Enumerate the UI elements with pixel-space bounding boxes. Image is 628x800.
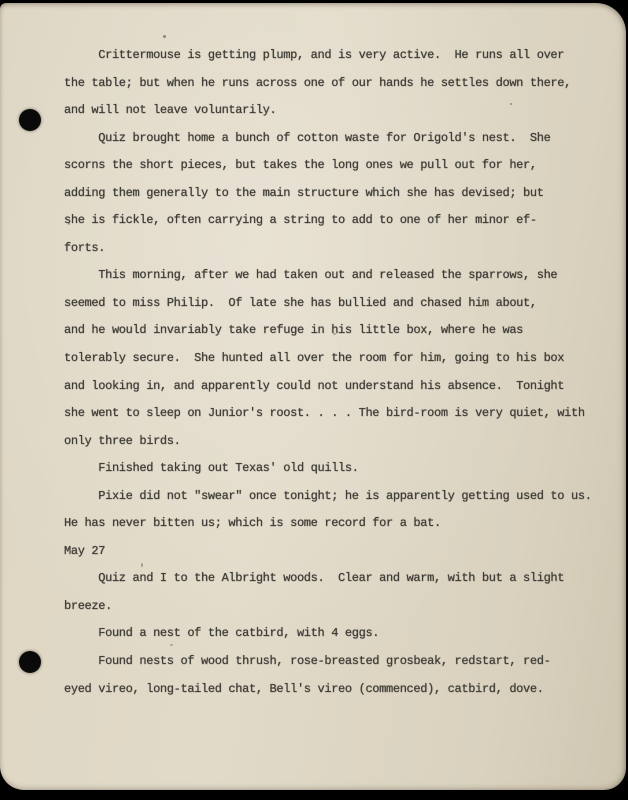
text-line: Pixie did not "swear" once tonight; he i…	[64, 483, 592, 511]
text-line: eyed vireo, long-tailed chat, Bell's vir…	[64, 676, 592, 704]
text-line: adding them generally to the main struct…	[64, 180, 592, 208]
text-line: Crittermouse is getting plump, and is ve…	[64, 42, 592, 70]
text-line: Found a nest of the catbird, with 4 eggs…	[64, 620, 592, 648]
text-line: and will not leave voluntarily.	[64, 97, 592, 125]
text-line: the table; but when he runs across one o…	[64, 70, 592, 98]
hole-punch-bottom-icon	[19, 651, 41, 673]
text-line: Quiz brought home a bunch of cotton wast…	[64, 125, 592, 153]
text-line: breeze.	[64, 593, 592, 621]
text-line: scorns the short pieces, but takes the l…	[64, 152, 592, 180]
text-line: and looking in, and apparently could not…	[64, 373, 592, 401]
text-line: Finished taking out Texas' old quills.	[64, 455, 592, 483]
text-line: tolerably secure. She hunted all over th…	[64, 345, 592, 373]
text-line: she went to sleep on Junior's roost. . .…	[64, 400, 592, 428]
text-line: This morning, after we had taken out and…	[64, 262, 592, 290]
text-line: May 27	[64, 538, 592, 566]
text-line: and he would invariably take refuge in h…	[64, 317, 592, 345]
typed-text: Crittermouse is getting plump, and is ve…	[64, 42, 592, 703]
text-line: she is fickle, often carrying a string t…	[64, 207, 592, 235]
text-line: seemed to miss Philip. Of late she has b…	[64, 290, 592, 318]
paper-page: Crittermouse is getting plump, and is ve…	[0, 3, 626, 790]
text-line: only three birds.	[64, 428, 592, 456]
text-line: He has never bitten us; which is some re…	[64, 510, 592, 538]
text-line: Quiz and I to the Albright woods. Clear …	[64, 565, 592, 593]
text-line: Found nests of wood thrush, rose-breaste…	[64, 648, 592, 676]
text-line: forts.	[64, 235, 592, 263]
hole-punch-top-icon	[19, 109, 41, 131]
paper-speck	[163, 35, 166, 38]
